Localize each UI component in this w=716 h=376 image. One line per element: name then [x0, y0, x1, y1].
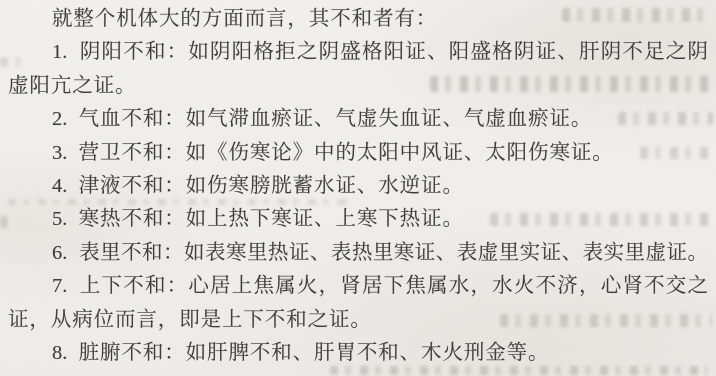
line-text: 脏腑不和：如肝脾不和、肝胃不和、木火刑金等。: [79, 342, 550, 364]
intro-line: 就整个机体大的方面而言，其不和者有：: [8, 3, 708, 36]
item-6-line-1: 6.表里不和：如表寒里热证、表热里寒证、表虚里实证、表实里虚证。: [8, 237, 708, 270]
line-text: 证，从病位而言，即是上下不和之证。: [8, 309, 372, 331]
item-number: 4.: [52, 175, 67, 197]
line-text: 虚阳亢之证。: [8, 75, 136, 97]
line-text: 营卫不和：如《伤寒论》中的太阳中风证、太阳伤寒证。: [79, 142, 614, 164]
item-number: 5.: [52, 208, 67, 230]
item-4-line-1: 4.津液不和：如伤寒膀胱蓄水证、水逆证。: [8, 170, 708, 203]
item-5-line-1: 5.寒热不和：如上热下寒证、上寒下热证。: [8, 203, 708, 236]
item-number: 8.: [52, 342, 67, 364]
item-7-line-2: 证，从病位而言，即是上下不和之证。: [8, 304, 708, 337]
item-1-line-2: 虚阳亢之证。: [8, 70, 708, 103]
item-number: 2.: [52, 108, 67, 130]
item-7-line-1: 7.上下不和：心居上焦属火，肾居下焦属水，水火不济，心肾不交之: [8, 270, 708, 303]
item-number: 3.: [52, 142, 67, 164]
line-text: 阴阳不和：如阴阳格拒之阴盛格阳证、阳盛格阴证、肝阴不足之阴: [79, 41, 708, 63]
item-2-line-1: 2.气血不和：如气滞血瘀证、气虚失血证、气虚血瘀证。: [8, 103, 708, 136]
body-text: 就整个机体大的方面而言，其不和者有： 1.阴阳不和：如阴阳格拒之阴盛格阳证、阳盛…: [8, 3, 708, 370]
item-8-line-1: 8.脏腑不和：如肝脾不和、肝胃不和、木火刑金等。: [8, 337, 708, 370]
line-text: 上下不和：心居上焦属火，肾居下焦属水，水火不济，心肾不交之: [79, 275, 708, 297]
line-text: 津液不和：如伤寒膀胱蓄水证、水逆证。: [79, 175, 464, 197]
item-number: 6.: [52, 242, 67, 264]
item-3-line-1: 3.营卫不和：如《伤寒论》中的太阳中风证、太阳伤寒证。: [8, 137, 708, 170]
document-page: 就整个机体大的方面而言，其不和者有： 1.阴阳不和：如阴阳格拒之阴盛格阳证、阳盛…: [0, 0, 716, 376]
line-text: 气血不和：如气滞血瘀证、气虚失血证、气虚血瘀证。: [79, 108, 593, 130]
item-1-line-1: 1.阴阳不和：如阴阳格拒之阴盛格阳证、阳盛格阴证、肝阴不足之阴: [8, 36, 708, 69]
line-text: 表里不和：如表寒里热证、表热里寒证、表虚里实证、表实里虚证。: [79, 242, 708, 264]
line-text: 就整个机体大的方面而言，其不和者有：: [52, 8, 437, 30]
item-number: 7.: [52, 275, 67, 297]
line-text: 寒热不和：如上热下寒证、上寒下热证。: [79, 208, 464, 230]
item-number: 1.: [52, 41, 67, 63]
